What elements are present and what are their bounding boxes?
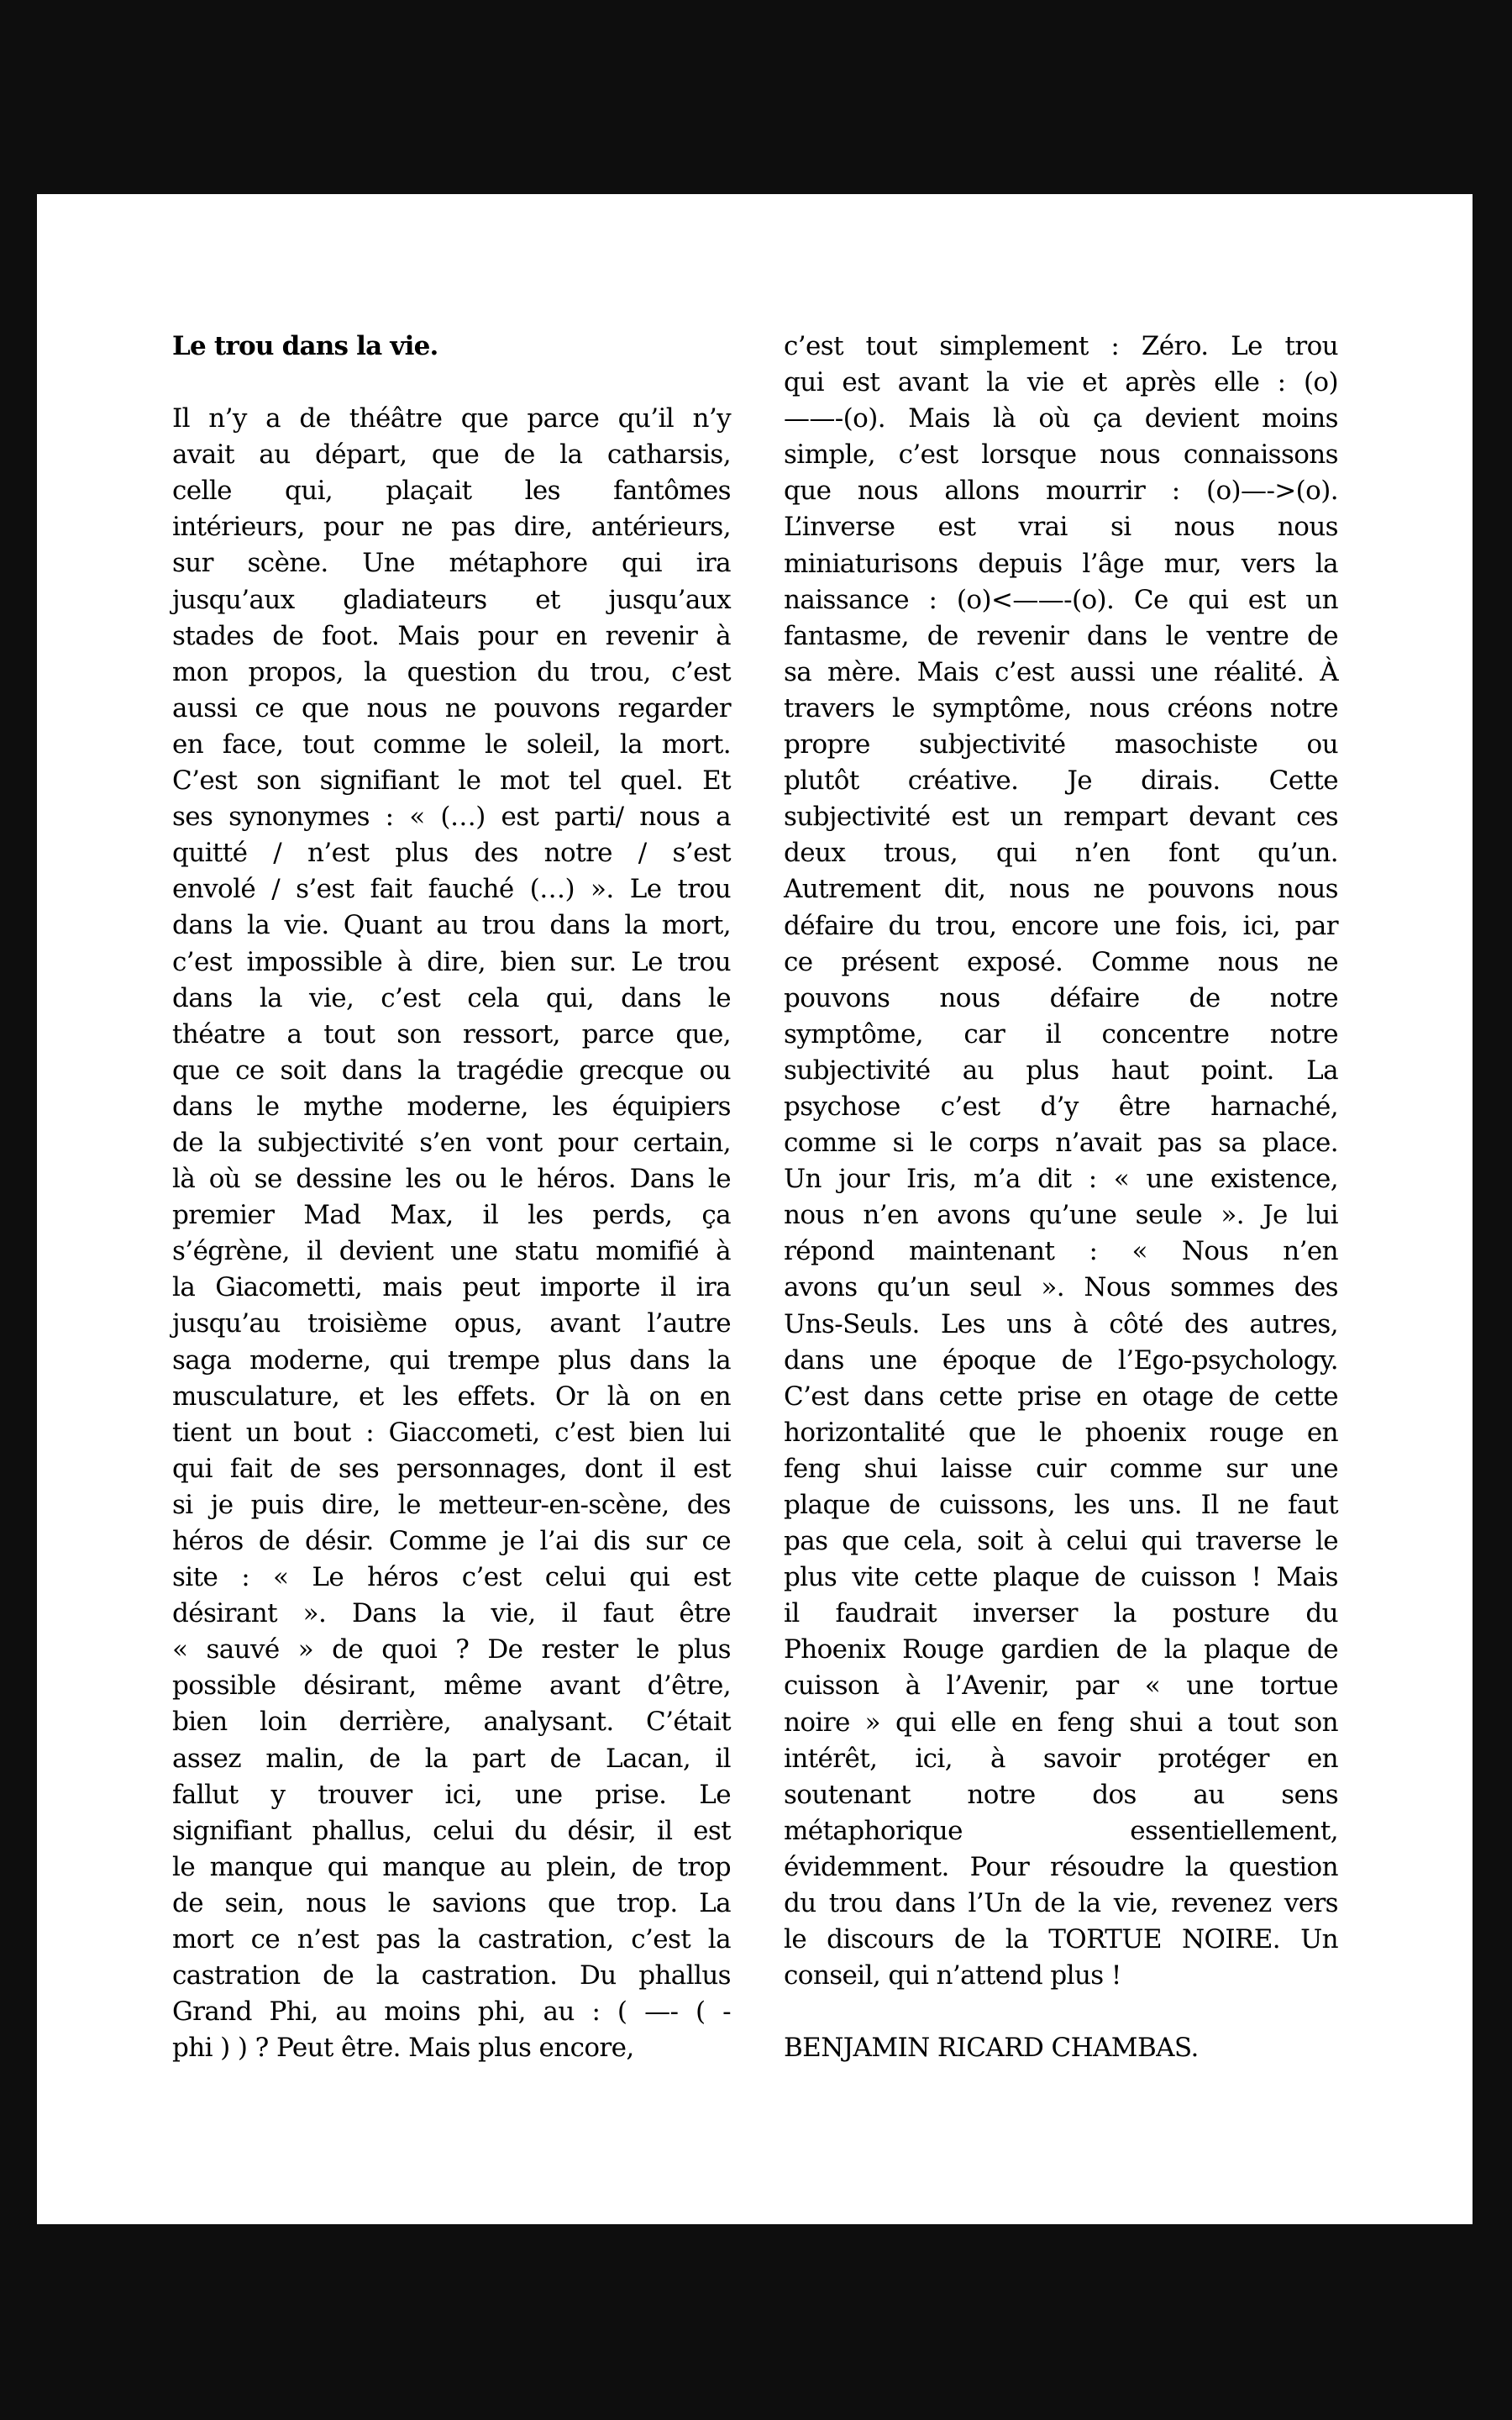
text-line: assez malin, de la part de Lacan, il	[172, 1741, 731, 1777]
text-line: avait au départ, que de la catharsis,	[172, 437, 731, 473]
text-line: en face, tout comme le soleil, la mort.	[172, 727, 731, 763]
text-line: feng shui laisse cuir comme sur une	[784, 1451, 1338, 1487]
text-line: fallut y trouver ici, une prise. Le	[172, 1777, 731, 1813]
text-line: « sauvé » de quoi ? De rester le plus	[172, 1632, 731, 1668]
text-line: celle qui, plaçait les fantômes	[172, 473, 731, 509]
text-line: sa mère. Mais c’est aussi une réalité. À	[784, 655, 1338, 691]
text-line: répond maintenant : « Nous n’en	[784, 1234, 1338, 1270]
text-line: pas que cela, soit à celui qui traverse …	[784, 1523, 1338, 1560]
text-line: du trou dans l’Un de la vie, revenez ver…	[784, 1886, 1338, 1922]
text-line: noire » qui elle en feng shui a tout son	[784, 1705, 1338, 1741]
left-column: Le trou dans la vie. Il n’y a de théâtre…	[172, 329, 731, 2066]
text-line: dans une époque de l’Ego-psychology.	[784, 1343, 1338, 1379]
text-line: c’est impossible à dire, bien sur. Le tr…	[172, 944, 731, 981]
text-line: il faudrait inverser la posture du	[784, 1596, 1338, 1632]
text-line: dans la vie. Quant au trou dans la mort,	[172, 907, 731, 944]
text-line: soutenant notre dos au sens	[784, 1777, 1338, 1813]
text-line: de la subjectivité s’en vont pour certai…	[172, 1125, 731, 1161]
text-line: propre subjectivité masochiste ou	[784, 727, 1338, 763]
text-line: s’égrène, il devient une statu momifié à	[172, 1234, 731, 1270]
text-line: désirant ». Dans la vie, il faut être	[172, 1596, 731, 1632]
text-line: psychose c’est d’y être harnaché,	[784, 1089, 1338, 1125]
text-line: naissance : (o)<——-(o). Ce qui est un	[784, 582, 1338, 618]
text-line: pouvons nous défaire de notre	[784, 981, 1338, 1017]
text-line: défaire du trou, encore une fois, ici, p…	[784, 908, 1338, 944]
text-line: cuisson à l’Avenir, par « une tortue	[784, 1668, 1338, 1704]
text-line: le manque qui manque au plein, de trop	[172, 1849, 731, 1886]
text-line: symptôme, car il concentre notre	[784, 1017, 1338, 1053]
text-line: dans la vie, c’est cela qui, dans le	[172, 981, 731, 1017]
text-line: métaphorique essentiellement,	[784, 1813, 1338, 1849]
text-line: de sein, nous le savions que trop. La	[172, 1886, 731, 1922]
text-line: site : « Le héros c’est celui qui est	[172, 1560, 731, 1596]
text-line: intérêt, ici, à savoir protéger en	[784, 1741, 1338, 1777]
text-line: premier Mad Max, il les perds, ça	[172, 1197, 731, 1234]
text-line: subjectivité au plus haut point. La	[784, 1053, 1338, 1089]
text-line: ——-(o). Mais là où ça devient moins	[784, 401, 1338, 437]
text-line: Il n’y a de théâtre que parce qu’il n’y	[172, 401, 731, 437]
text-line: signifiant phallus, celui du désir, il e…	[172, 1813, 731, 1849]
text-line: tient un bout : Giaccometi, c’est bien l…	[172, 1415, 731, 1451]
text-line: jusqu’au troisième opus, avant l’autre	[172, 1306, 731, 1342]
text-line: si je puis dire, le metteur-en-scène, de…	[172, 1487, 731, 1523]
text-line: qui est avant la vie et après elle : (o)	[784, 365, 1338, 401]
text-line: L’inverse est vrai si nous nous	[784, 509, 1338, 545]
text-line: quitté / n’est plus des notre / s’est	[172, 835, 731, 871]
text-line: théatre a tout son ressort, parce que,	[172, 1017, 731, 1053]
text-line: castration de la castration. Du phallus	[172, 1958, 731, 1994]
article-title: Le trou dans la vie.	[172, 329, 731, 365]
text-line: musculature, et les effets. Or là on en	[172, 1379, 731, 1415]
text-line: que nous allons mourrir : (o)—->(o).	[784, 473, 1338, 509]
text-line: stades de foot. Mais pour en revenir à	[172, 618, 731, 655]
text-line: plaque de cuissons, les uns. Il ne faut	[784, 1487, 1338, 1523]
text-line: horizontalité que le phoenix rouge en	[784, 1415, 1338, 1451]
text-line: simple, c’est lorsque nous connaissons	[784, 437, 1338, 473]
text-line: dans le mythe moderne, les équipiers	[172, 1089, 731, 1125]
text-line: que ce soit dans la tragédie grecque ou	[172, 1053, 731, 1089]
document-page: Le trou dans la vie. Il n’y a de théâtre…	[37, 194, 1473, 2224]
text-line: ses synonymes : « (…) est parti/ nous a	[172, 799, 731, 835]
text-line: nous n’en avons qu’une seule ». Je lui	[784, 1197, 1338, 1234]
text-line: subjectivité est un rempart devant ces	[784, 799, 1338, 835]
text-line: jusqu’aux gladiateurs et jusqu’aux	[172, 582, 731, 618]
text-line: qui fait de ses personnages, dont il est	[172, 1451, 731, 1487]
text-line: Un jour Iris, m’a dit : « une existence,	[784, 1161, 1338, 1197]
text-line: c’est tout simplement : Zéro. Le trou	[784, 329, 1338, 365]
text-line: conseil, qui n’attend plus !	[784, 1958, 1338, 1994]
author-signature: BENJAMIN RICARD CHAMBAS.	[784, 2030, 1338, 2066]
text-line: le discours de la TORTUE NOIRE. Un	[784, 1922, 1338, 1958]
text-line: comme si le corps n’avait pas sa place.	[784, 1125, 1338, 1161]
text-line: la Giacometti, mais peut importe il ira	[172, 1270, 731, 1306]
text-line: travers le symptôme, nous créons notre	[784, 691, 1338, 727]
text-line: intérieurs, pour ne pas dire, antérieurs…	[172, 509, 731, 545]
text-line: deux trous, qui n’en font qu’un.	[784, 835, 1338, 871]
text-line: miniaturisons depuis l’âge mur, vers la	[784, 546, 1338, 582]
text-line: évidemment. Pour résoudre la question	[784, 1849, 1338, 1886]
text-line: mon propos, la question du trou, c’est	[172, 655, 731, 691]
right-column-text: c’est tout simplement : Zéro. Le trouqui…	[784, 329, 1338, 1994]
text-line: Autrement dit, nous ne pouvons nous	[784, 871, 1338, 907]
text-line: possible désirant, même avant d’être,	[172, 1668, 731, 1704]
text-line: fantasme, de revenir dans le ventre de	[784, 618, 1338, 655]
text-line: aussi ce que nous ne pouvons regarder	[172, 691, 731, 727]
text-line: saga moderne, qui trempe plus dans la	[172, 1343, 731, 1379]
text-line: phi ) ) ? Peut être. Mais plus encore,	[172, 2030, 731, 2066]
text-line: avons qu’un seul ». Nous sommes des	[784, 1270, 1338, 1306]
text-line: Uns-Seuls. Les uns à côté des autres,	[784, 1307, 1338, 1343]
text-line: C’est dans cette prise en otage de cette	[784, 1379, 1338, 1415]
text-line: plutôt créative. Je dirais. Cette	[784, 763, 1338, 799]
text-line: envolé / s’est fait fauché (…) ». Le tro…	[172, 871, 731, 907]
text-line: là où se dessine les ou le héros. Dans l…	[172, 1161, 731, 1197]
text-line: Grand Phi, au moins phi, au : ( —- ( -	[172, 1994, 731, 2030]
text-line: bien loin derrière, analysant. C’était	[172, 1704, 731, 1740]
text-line: plus vite cette plaque de cuisson ! Mais	[784, 1560, 1338, 1596]
text-line: Phoenix Rouge gardien de la plaque de	[784, 1632, 1338, 1668]
left-column-text: Il n’y a de théâtre que parce qu’il n’ya…	[172, 401, 731, 2066]
right-column: c’est tout simplement : Zéro. Le trouqui…	[784, 329, 1338, 2066]
text-line: ce présent exposé. Comme nous ne	[784, 944, 1338, 981]
text-line: mort ce n’est pas la castration, c’est l…	[172, 1922, 731, 1958]
text-line: C’est son signifiant le mot tel quel. Et	[172, 763, 731, 799]
text-line: héros de désir. Comme je l’ai dis sur ce	[172, 1523, 731, 1560]
text-line: sur scène. Une métaphore qui ira	[172, 545, 731, 581]
